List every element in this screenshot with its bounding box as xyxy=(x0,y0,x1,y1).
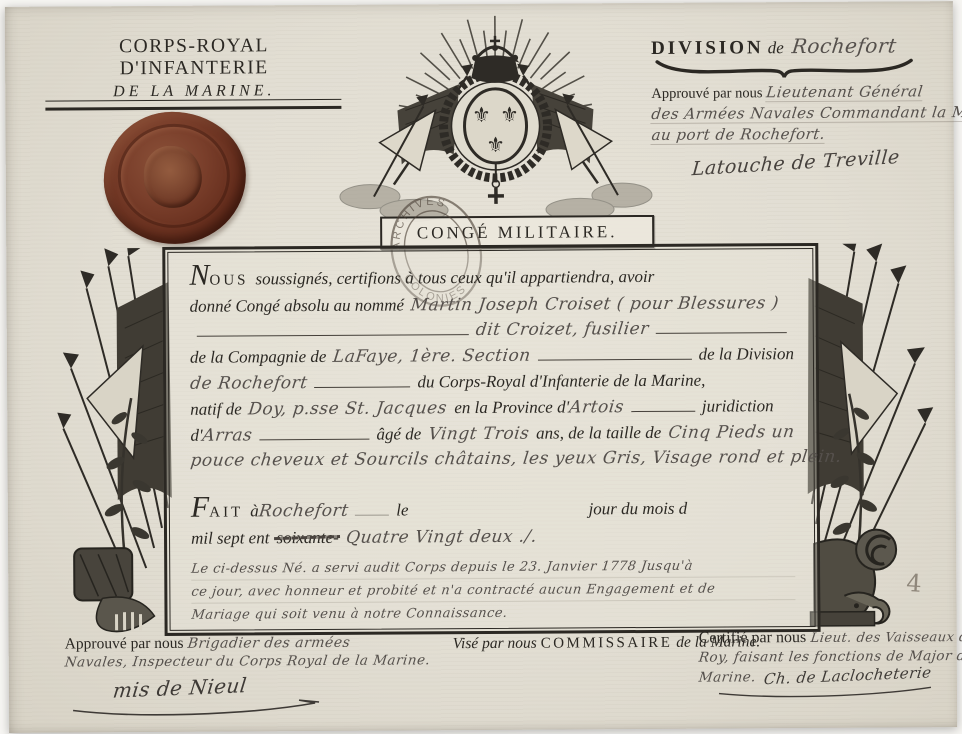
printed-text: de la Division xyxy=(698,341,794,367)
pencil-margin-note: 4 xyxy=(905,569,922,598)
handwritten-rank: Brigadier des armées xyxy=(186,635,350,652)
body-line-5: de Rochefort du Corps-Royal d'Infanterie… xyxy=(190,367,794,397)
printed-text: du Corps-Royal d'Infanterie de la Marine… xyxy=(417,368,705,395)
printed-text: âgé de xyxy=(376,421,421,446)
handwritten-rank-3: Marine. xyxy=(698,669,757,685)
struck-text: soixante- xyxy=(276,525,338,550)
stamp-text-top: ARCHIVES xyxy=(380,191,458,253)
handwritten-year: Quatre Vingt deux ./. xyxy=(344,525,538,551)
handwritten-alias: dit Croizet, fusilier xyxy=(474,317,650,343)
printed-text: de la Compagnie de xyxy=(190,344,327,370)
handwritten-place: Rochefort xyxy=(257,499,349,525)
printed-text: natif de xyxy=(190,396,242,421)
lead-rest: AIT xyxy=(209,500,243,525)
handwritten-rank-2: Navales, Inspecteur du Corps Royal de la… xyxy=(64,652,431,670)
fait-line-2: mil sept ent soixante- Quatre Vingt deux… xyxy=(191,522,795,552)
left-trophy-engraving xyxy=(56,248,176,639)
corps-title-line1: CORPS-ROYAL D'INFANTERIE xyxy=(43,35,345,81)
printed-text: jour du mois d xyxy=(588,496,687,522)
printed-text: le xyxy=(396,497,408,522)
printed-text: en la Province d' xyxy=(454,394,569,420)
signature-left: mis de Nieul xyxy=(112,673,249,703)
fleur-de-lis-icon: ⚜ xyxy=(472,103,491,127)
document-paper: CORPS-ROYAL D'INFANTERIE DE LA MARINE. D… xyxy=(5,1,957,733)
approved-hw1: Lieutenant Général xyxy=(765,82,924,102)
note-line-1: Le ci-dessus Né. a servi audit Corps dep… xyxy=(190,556,694,580)
printed-text: Certifié par nous xyxy=(699,629,807,647)
signature-latouche: Latouche de Treville xyxy=(691,146,901,180)
printed-text: mil sept ent xyxy=(191,525,270,550)
wax-seal xyxy=(103,111,246,244)
fait-line-1: FAIT à Rochefort le jour du mois d xyxy=(191,494,795,526)
note-line-2: ce jour, avec honneur et probité et n'a … xyxy=(190,579,716,603)
lead-rest: OUS xyxy=(209,268,248,293)
printed-text: donné Congé absolu au nommé xyxy=(190,292,405,318)
header-double-rule xyxy=(45,99,341,111)
footer-approval-block: Approuvé par nous Brigadier des armées N… xyxy=(65,633,457,716)
division-de: de xyxy=(768,38,784,57)
body-line-6: natif de Doy, p.sse St. Jacques en la Pr… xyxy=(190,393,794,423)
ram-head-ornament xyxy=(810,529,897,626)
approved-hw3: au port de Rochefort. xyxy=(650,125,826,145)
body-line-3: dit Croizet, fusilier xyxy=(190,316,794,345)
service-note: Le ci-dessus Né. a servi audit Corps dep… xyxy=(191,554,795,626)
handwritten-description: pouce cheveux et Sourcils châtains, les … xyxy=(189,445,843,474)
division-value-handwritten: Rochefort xyxy=(790,33,897,58)
division-label: DIVISION xyxy=(651,37,764,59)
printed-text: Approuvé par nous xyxy=(65,635,184,653)
approved-printed: Approuvé par nous xyxy=(651,85,762,102)
handwritten-division: de Rochefort xyxy=(189,371,309,397)
fleur-de-lis-icon: ⚜ xyxy=(486,133,505,157)
footer-certify-block: Certifié par nous Lieut. des Vaisseaux d… xyxy=(699,628,949,700)
printed-text: Visé par nous xyxy=(453,635,537,653)
body-line-7: d' Arras âgé de Vingt Trois ans, de la t… xyxy=(190,419,794,449)
signature-flourish xyxy=(699,684,939,699)
handwritten-jurisdiction: Arras xyxy=(201,423,254,448)
division-block: DIVISION de Rochefort Approuvé par nous … xyxy=(651,33,938,175)
note-line-3: Mariage qui soit venu à notre Connaissan… xyxy=(190,603,509,626)
body-line-8: pouce cheveux et Sourcils châtains, les … xyxy=(190,445,794,474)
certificate-box: NOUS soussignés, certifions à tous ceux … xyxy=(162,243,820,636)
printed-commissaire: COMMISSAIRE xyxy=(541,635,673,652)
handwritten-province: Artois xyxy=(568,395,626,420)
handwritten-birthplace: Doy, p.sse St. Jacques xyxy=(247,396,449,422)
printed-text: soussignés, certifions à tous ceux qu'il… xyxy=(255,264,654,291)
approved-hw2: des Armées Navales Commandant la Marine xyxy=(650,103,962,124)
svg-text:ARCHIVES: ARCHIVES xyxy=(380,191,458,253)
crown-icon xyxy=(471,36,519,83)
fleur-de-lis-icon: ⚜ xyxy=(500,103,519,127)
body-line-1: NOUS soussignés, certifions à tous ceux … xyxy=(189,262,793,294)
body-line-2: donné Congé absolu au nommé Martin Josep… xyxy=(190,290,794,320)
lead-initial: N xyxy=(189,266,209,286)
printed-text: ans, de la taille de xyxy=(536,420,661,446)
handwritten-height: Cinq Pieds un xyxy=(667,420,796,446)
handwritten-company: LaFaye, 1ère. Section xyxy=(332,344,533,370)
royal-arms-emblem: ⚜ ⚜ ⚜ xyxy=(327,13,664,223)
brace-ornament xyxy=(653,56,915,82)
printed-text: juridiction xyxy=(702,393,774,418)
corps-title: CORPS-ROYAL D'INFANTERIE DE LA MARINE. xyxy=(43,35,345,102)
handwritten-age: Vingt Trois xyxy=(427,422,531,448)
lead-initial: F xyxy=(191,498,209,518)
signature-flourish xyxy=(65,699,365,717)
wax-seal-motif xyxy=(144,146,202,208)
handwritten-rank: Lieut. des Vaisseaux du xyxy=(809,630,962,646)
body-line-4: de la Compagnie de LaFaye, 1ère. Section… xyxy=(190,341,794,371)
handwritten-name: Martin Joseph Croiset ( pour Blessures ) xyxy=(410,291,781,318)
